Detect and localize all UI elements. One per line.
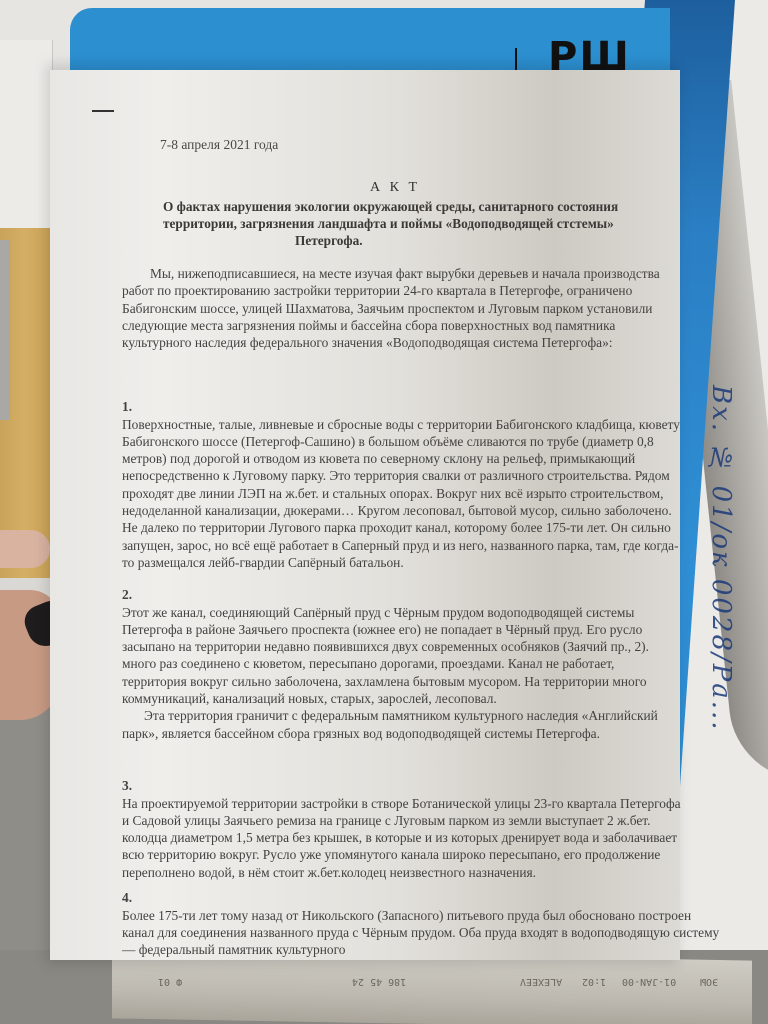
desk-edge	[0, 240, 10, 420]
item-text: На проектируемой территории застройки в …	[122, 796, 681, 880]
handwritten-note: Вх. № 01/ок 0028/Ра...	[676, 385, 736, 855]
subtitle-line: О фактах нарушения экологии окружающей с…	[163, 199, 618, 214]
document-subtitle: О фактах нарушения экологии окружающей с…	[163, 198, 683, 249]
page-mark	[92, 110, 114, 112]
item-continuation: Эта территория граничит с федеральным па…	[122, 707, 682, 742]
item-text: Более 175-ти лет тому назад от Никольско…	[122, 908, 719, 958]
item-number: 1.	[122, 399, 132, 414]
stamp-date: 01-JAN-00	[622, 976, 676, 987]
item-3: 3. На проектируемой территории застройки…	[122, 760, 682, 881]
stamp-code: 1:02	[582, 976, 606, 987]
item-4: 4. Более 175-ти лет тому назад от Николь…	[122, 872, 722, 958]
stamp-number: 186 45 24	[352, 976, 406, 987]
intro-paragraph: Мы, нижеподписавшиеся, на месте изучая ф…	[122, 265, 682, 351]
intro-text: Мы, нижеподписавшиеся, на месте изучая ф…	[122, 266, 660, 350]
item-text: Этот же канал, соединяющий Сапёрный пруд…	[122, 605, 649, 706]
item-1: 1. Поверхностные, талые, ливневые и сбро…	[122, 381, 682, 571]
finger	[0, 530, 50, 568]
item-text: Поверхностные, талые, ливневые и сбросны…	[122, 417, 680, 570]
item-number: 2.	[122, 587, 132, 602]
stamp-suffix: ЭОЫ	[700, 976, 718, 987]
item-number: 3.	[122, 778, 132, 793]
document-title: А К Т	[100, 180, 690, 196]
item-number: 4.	[122, 890, 132, 905]
subtitle-line: территории, загрязнения ландшафта и пойм…	[163, 216, 614, 231]
item-2: 2. Этот же канал, соединяющий Сапёрный п…	[122, 569, 682, 759]
stamp-left: Ф 01	[158, 976, 182, 987]
document-date: 7-8 апреля 2021 года	[160, 137, 278, 153]
subtitle-line: Петергофа.	[163, 232, 683, 249]
stamp-name: ALEXEEV	[520, 976, 562, 987]
